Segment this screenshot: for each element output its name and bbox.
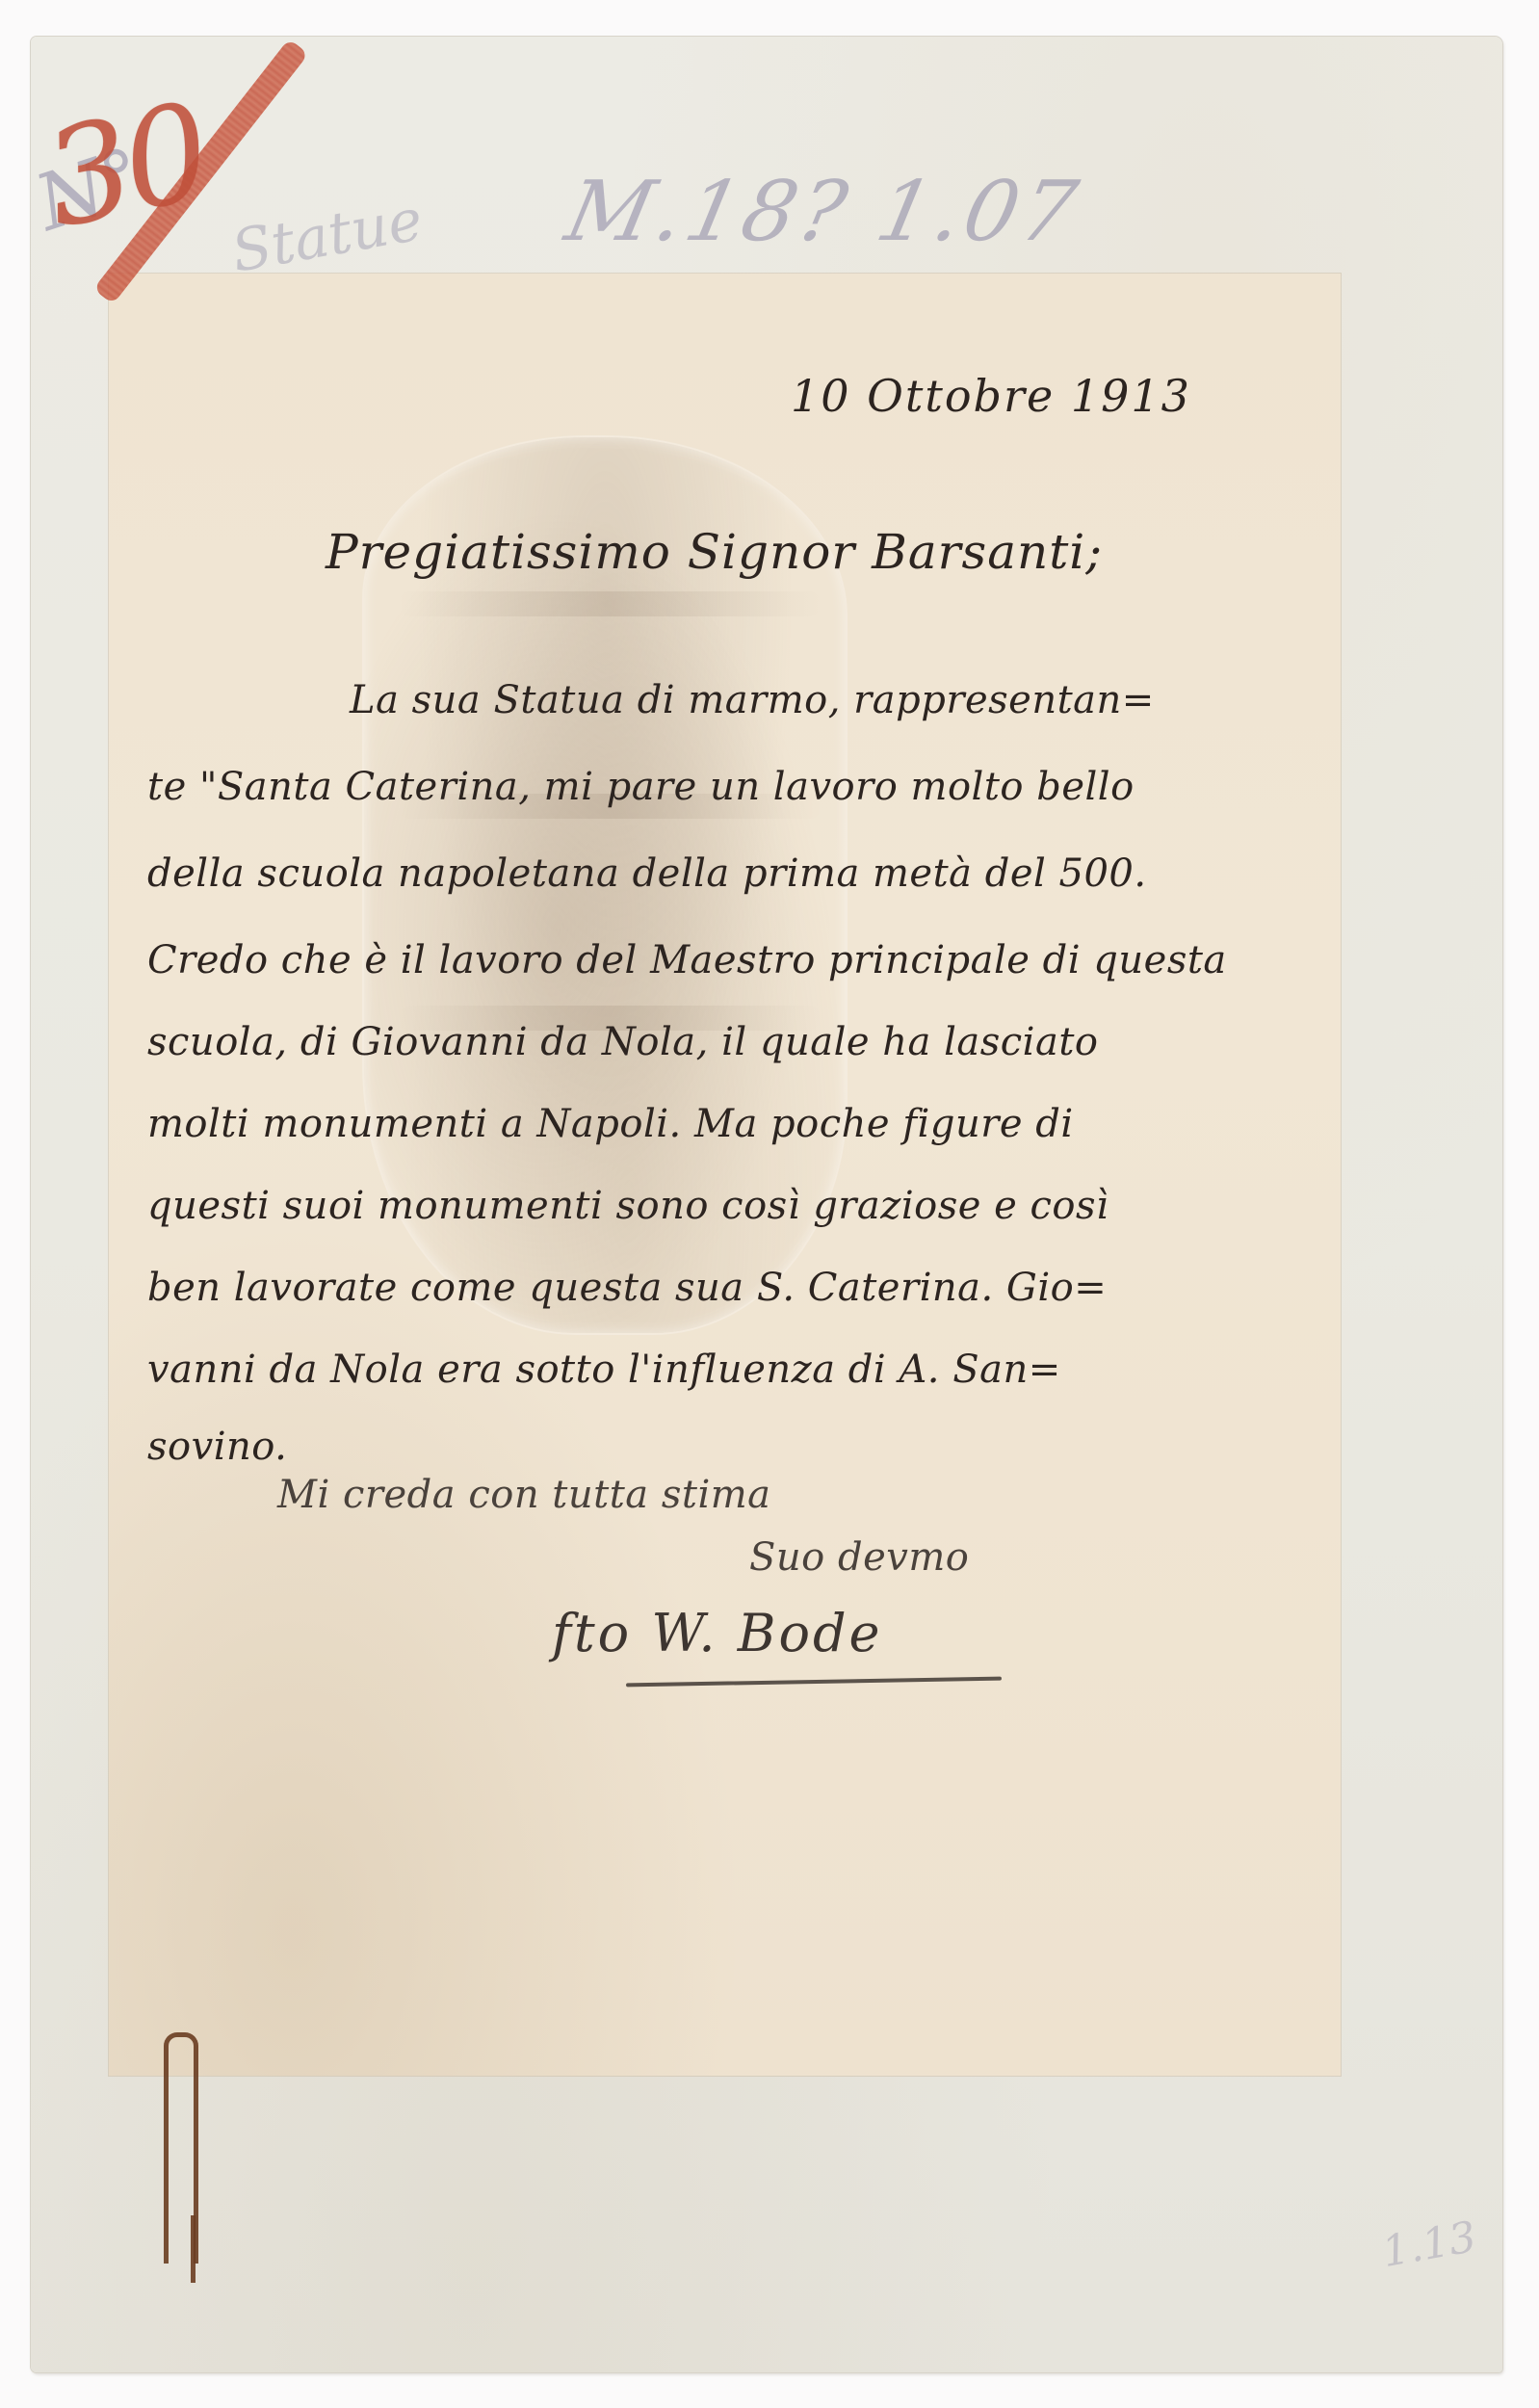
body-line: Credo che è il lavoro del Maestro princi… bbox=[147, 938, 1227, 982]
pencil-reference-number: M.18? 1.07 bbox=[558, 164, 1088, 260]
letter-valediction: Suo devmo bbox=[749, 1535, 969, 1580]
body-line: scuola, di Giovanni da Nola, il quale ha… bbox=[147, 1020, 1098, 1064]
body-line: ben lavorate come questa sua S. Caterina… bbox=[147, 1266, 1107, 1310]
body-line: questi suoi monumenti sono così graziose… bbox=[147, 1184, 1109, 1228]
signature: fto W. Bode bbox=[552, 1603, 882, 1663]
rusty-clip-leg bbox=[191, 2215, 196, 2283]
red-crayon-number: 30 bbox=[32, 74, 219, 258]
letter-closing: Mi creda con tutta stima bbox=[277, 1473, 771, 1517]
body-line: sovino. bbox=[147, 1425, 287, 1469]
body-line: vanni da Nola era sotto l'influenza di A… bbox=[147, 1348, 1061, 1392]
body-line: della scuola napoletana della prima metà… bbox=[147, 851, 1147, 896]
body-line: te "Santa Caterina, mi pare un lavoro mo… bbox=[147, 765, 1135, 809]
signature-underline bbox=[626, 1677, 1002, 1688]
body-line: molti monumenti a Napoli. Ma poche figur… bbox=[147, 1102, 1074, 1146]
letter-salutation: Pregiatissimo Signor Barsanti; bbox=[326, 524, 1103, 580]
letter-sheet: 10 Ottobre 1913 Pregiatissimo Signor Bar… bbox=[109, 274, 1341, 2076]
letter-date: 10 Ottobre 1913 bbox=[791, 370, 1191, 422]
body-line: La sua Statua di marmo, rappresentan= bbox=[350, 678, 1155, 722]
stain-band bbox=[398, 591, 822, 616]
